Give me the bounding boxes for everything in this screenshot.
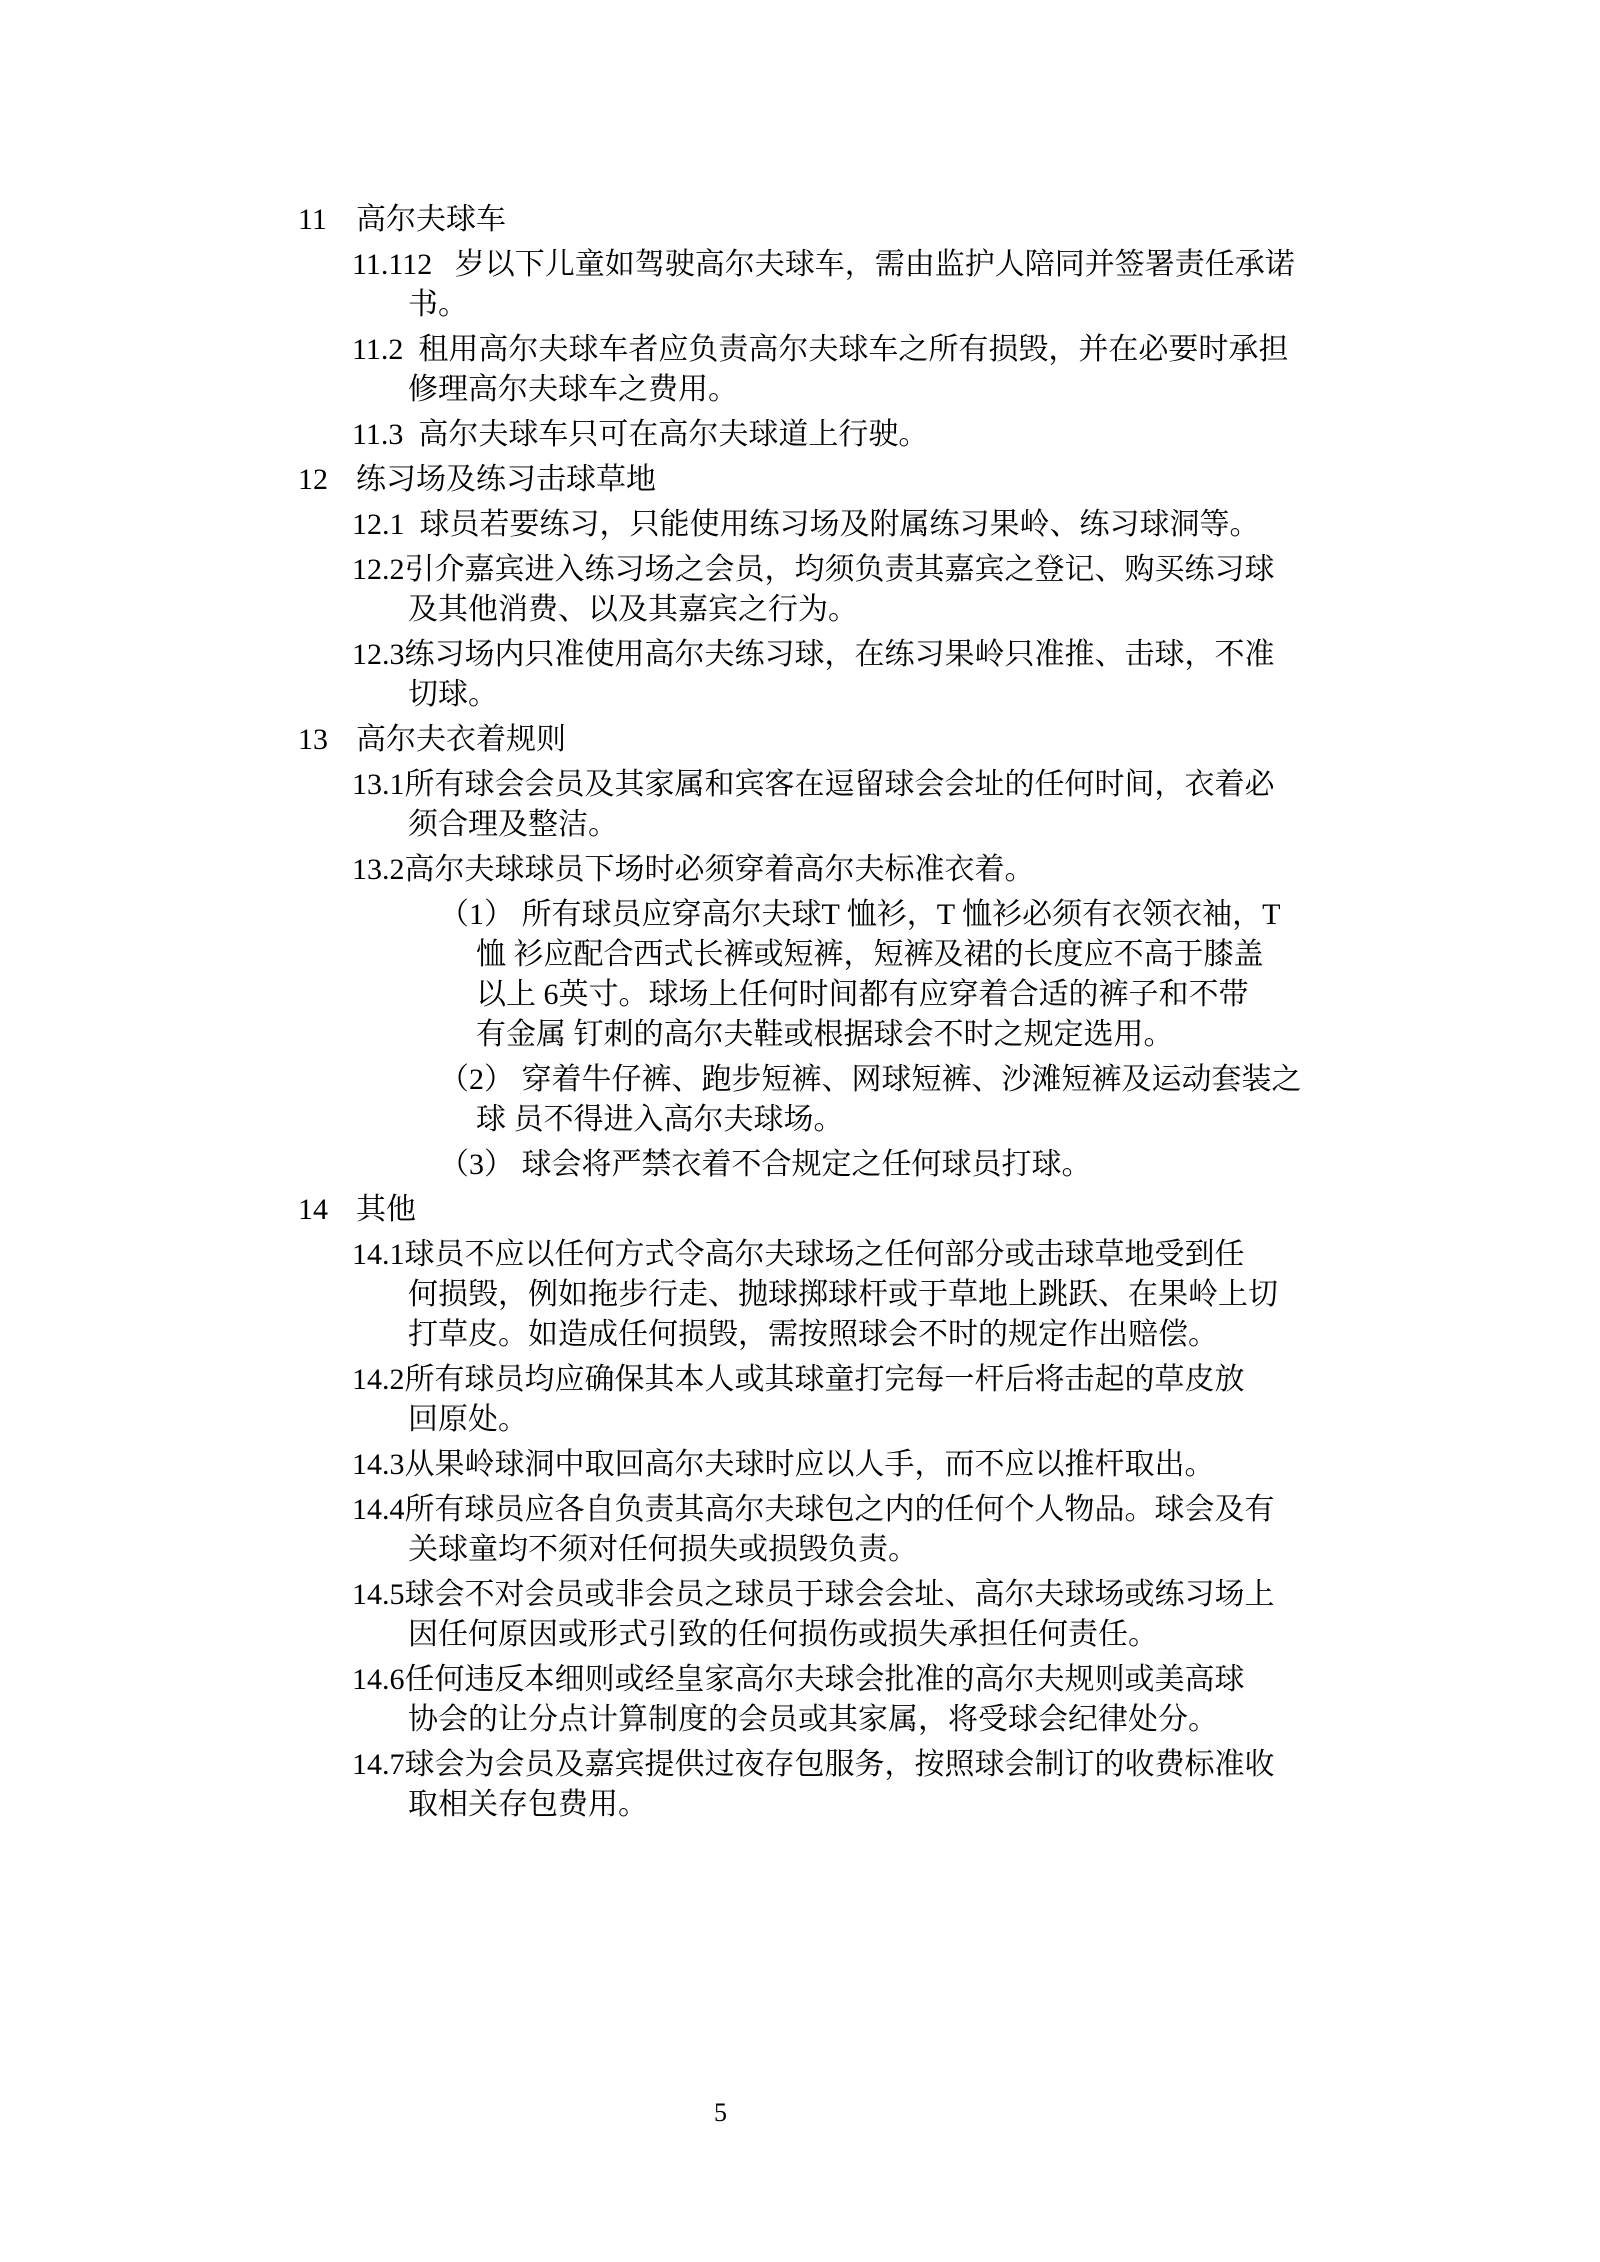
rule-number: 11.112: [352, 248, 432, 281]
rule-line: 14.2所有球员均应确保其本人或其球童打完每一杆后将击起的草皮放: [352, 1360, 1328, 1400]
rule-text: 租用高尔夫球车者应负责高尔夫球车之所有损毁，并在必要时承担: [418, 333, 1288, 366]
rule-item-11-112: 11.112 岁以下儿童如驾驶高尔夫球车，需由监护人陪同并签署责任承诺 书。: [352, 245, 1328, 325]
section-title: 高尔夫球车: [356, 203, 506, 236]
rule-item-14-5: 14.5球会不对会员或非会员之球员于球会会址、高尔夫球场或练习场上 因任何原因或…: [352, 1575, 1328, 1655]
rule-line: （3） 球会将严禁衣着不合规定之任何球员打球。: [439, 1145, 1328, 1185]
rule-text: 球会不对会员或非会员之球员于球会会址、高尔夫球场或练习场上: [405, 1578, 1275, 1611]
rule-item-13-2: 13.2高尔夫球球员下场时必须穿着高尔夫标准衣着。: [352, 850, 1328, 890]
section-title: 高尔夫衣着规则: [356, 723, 566, 756]
rule-line: 14.7球会为会员及嘉宾提供过夜存包服务，按照球会制订的收费标准收: [352, 1745, 1328, 1785]
rule-line: （2） 穿着牛仔裤、跑步短裤、网球短裤、沙滩短裤及运动套装之: [439, 1060, 1328, 1100]
section-title: 其他: [356, 1193, 416, 1226]
rule-number: 14.7: [352, 1748, 405, 1781]
rule-number: 14.2: [352, 1363, 405, 1396]
rule-text: 引介嘉宾进入练习场之会员，均须负责其嘉宾之登记、购买练习球: [405, 553, 1275, 586]
rule-line: 打草皮。如造成任何损毁，需按照球会不时的规定作出赔偿。: [352, 1315, 1328, 1355]
rule-line: 有金属 钉刺的高尔夫鞋或根据球会不时之规定选用。: [439, 1015, 1328, 1055]
rule-number: （3）: [439, 1148, 514, 1181]
rule-separator: [514, 1148, 522, 1181]
rule-line: 11.112 岁以下儿童如驾驶高尔夫球车，需由监护人陪同并签署责任承诺: [352, 245, 1328, 285]
rule-separator: [432, 248, 455, 281]
rule-text: 岁以下儿童如驾驶高尔夫球车，需由监护人陪同并签署责任承诺: [455, 248, 1295, 281]
rule-line: 须合理及整洁。: [352, 805, 1328, 845]
rule-line: （1） 所有球员应穿高尔夫球T 恤衫，T 恤衫必须有衣领衣袖，T: [439, 895, 1328, 935]
rule-number: 14.4: [352, 1493, 405, 1526]
rule-item-14-1: 14.1球员不应以任何方式令高尔夫球场之任何部分或击球草地受到任 何损毁，例如拖…: [352, 1235, 1328, 1355]
rule-line: 13.2高尔夫球球员下场时必须穿着高尔夫标准衣着。: [352, 850, 1328, 890]
rule-text: 球会为会员及嘉宾提供过夜存包服务，按照球会制订的收费标准收: [405, 1748, 1275, 1781]
document-page: 11高尔夫球车 11.112 岁以下儿童如驾驶高尔夫球车，需由监护人陪同并签署责…: [0, 0, 1600, 2262]
section-heading: 11高尔夫球车: [298, 200, 1328, 240]
rule-item-14-7: 14.7球会为会员及嘉宾提供过夜存包服务，按照球会制订的收费标准收 取相关存包费…: [352, 1745, 1328, 1825]
rule-line: 修理高尔夫球车之费用。: [352, 370, 1328, 410]
rule-number: （1）: [439, 898, 514, 931]
rule-line: 14.1球员不应以任何方式令高尔夫球场之任何部分或击球草地受到任: [352, 1235, 1328, 1275]
rule-line: 回原处。: [352, 1400, 1328, 1440]
rule-item-14-2: 14.2所有球员均应确保其本人或其球童打完每一杆后将击起的草皮放 回原处。: [352, 1360, 1328, 1440]
rule-line: 12.1 球员若要练习，只能使用练习场及附属练习果岭、练习球洞等。: [352, 505, 1328, 545]
rule-number: 12.1: [352, 508, 405, 541]
rule-item-14-6: 14.6任何违反本细则或经皇家高尔夫球会批准的高尔夫规则或美高球 协会的让分点计…: [352, 1660, 1328, 1740]
rule-text: 所有球员应各自负责其高尔夫球包之内的任何个人物品。球会及有: [405, 1493, 1275, 1526]
rule-number: 11.2: [352, 333, 403, 366]
rule-line: 14.5球会不对会员或非会员之球员于球会会址、高尔夫球场或练习场上: [352, 1575, 1328, 1615]
rule-line: 因任何原因或形式引致的任何损伤或损失承担任何责任。: [352, 1615, 1328, 1655]
section-11: 11高尔夫球车 11.112 岁以下儿童如驾驶高尔夫球车，需由监护人陪同并签署责…: [298, 200, 1328, 455]
rule-number: 14.3: [352, 1448, 405, 1481]
rule-separator: [514, 1063, 522, 1096]
page-number: 5: [714, 2098, 727, 2128]
rule-number: 13.2: [352, 853, 405, 886]
rule-separator: [514, 898, 522, 931]
rule-line: 11.3 高尔夫球车只可在高尔夫球道上行驶。: [352, 415, 1328, 455]
rule-text: 所有球员均应确保其本人或其球童打完每一杆后将击起的草皮放: [405, 1363, 1245, 1396]
rule-text: 高尔夫球车只可在高尔夫球道上行驶。: [418, 418, 928, 451]
rule-line: 14.4所有球员应各自负责其高尔夫球包之内的任何个人物品。球会及有: [352, 1490, 1328, 1530]
rule-item-14-3: 14.3从果岭球洞中取回高尔夫球时应以人手，而不应以推杆取出。: [352, 1445, 1328, 1485]
rule-line: 13.1所有球会会员及其家属和宾客在逗留球会会址的任何时间，衣着必: [352, 765, 1328, 805]
rule-subitem-3: （3） 球会将严禁衣着不合规定之任何球员打球。: [439, 1145, 1328, 1185]
rule-line: 14.6任何违反本细则或经皇家高尔夫球会批准的高尔夫规则或美高球: [352, 1660, 1328, 1700]
rule-item-12-3: 12.3练习场内只准使用高尔夫练习球，在练习果岭只准推、击球，不准 切球。: [352, 635, 1328, 715]
section-title: 练习场及练习击球草地: [356, 463, 656, 496]
rule-number: 14.6: [352, 1663, 405, 1696]
rule-item-11-3: 11.3 高尔夫球车只可在高尔夫球道上行驶。: [352, 415, 1328, 455]
rule-line: 14.3从果岭球洞中取回高尔夫球时应以人手，而不应以推杆取出。: [352, 1445, 1328, 1485]
rule-item-13-1: 13.1所有球会会员及其家属和宾客在逗留球会会址的任何时间，衣着必 须合理及整洁…: [352, 765, 1328, 845]
rule-text: 穿着牛仔裤、跑步短裤、网球短裤、沙滩短裤及运动套装之: [522, 1063, 1302, 1096]
rule-line: 12.3练习场内只准使用高尔夫练习球，在练习果岭只准推、击球，不准: [352, 635, 1328, 675]
rule-line: 恤 衫应配合西式长裤或短裤，短裤及裙的长度应不高于膝盖: [439, 935, 1328, 975]
rule-line: 关球童均不须对任何损失或损毁负责。: [352, 1530, 1328, 1570]
rule-number: 14.1: [352, 1238, 405, 1271]
rule-text: 球会将严禁衣着不合规定之任何球员打球。: [522, 1148, 1092, 1181]
rule-item-11-2: 11.2 租用高尔夫球车者应负责高尔夫球车之所有损毁，并在必要时承担 修理高尔夫…: [352, 330, 1328, 410]
section-number: 12: [298, 460, 356, 500]
rule-number: 11.3: [352, 418, 403, 451]
section-number: 14: [298, 1190, 356, 1230]
rule-text: 球员若要练习，只能使用练习场及附属练习果岭、练习球洞等。: [420, 508, 1260, 541]
section-heading: 13高尔夫衣着规则: [298, 720, 1328, 760]
rule-line: 书。: [352, 285, 1328, 325]
rule-separator: [403, 418, 418, 451]
section-12: 12练习场及练习击球草地 12.1 球员若要练习，只能使用练习场及附属练习果岭、…: [298, 460, 1328, 715]
rule-line: 11.2 租用高尔夫球车者应负责高尔夫球车之所有损毁，并在必要时承担: [352, 330, 1328, 370]
rule-line: 取相关存包费用。: [352, 1785, 1328, 1825]
section-heading: 12练习场及练习击球草地: [298, 460, 1328, 500]
section-13: 13高尔夫衣着规则 13.1所有球会会员及其家属和宾客在逗留球会会址的任何时间，…: [298, 720, 1328, 1185]
rule-text: 球员不应以任何方式令高尔夫球场之任何部分或击球草地受到任: [405, 1238, 1245, 1271]
rule-number: 14.5: [352, 1578, 405, 1611]
rule-line: 切球。: [352, 675, 1328, 715]
rule-separator: [405, 508, 420, 541]
section-heading: 14其他: [298, 1190, 1328, 1230]
rule-number: （2）: [439, 1063, 514, 1096]
rule-item-12-1: 12.1 球员若要练习，只能使用练习场及附属练习果岭、练习球洞等。: [352, 505, 1328, 545]
section-number: 11: [298, 200, 356, 240]
rule-line: 协会的让分点计算制度的会员或其家属，将受球会纪律处分。: [352, 1700, 1328, 1740]
rule-line: 球 员不得进入高尔夫球场。: [439, 1100, 1328, 1140]
rule-separator: [403, 333, 418, 366]
rule-text: 所有球会会员及其家属和宾客在逗留球会会址的任何时间，衣着必: [405, 768, 1275, 801]
rule-line: 及其他消费、以及其嘉宾之行为。: [352, 590, 1328, 630]
rule-subitem-1: （1） 所有球员应穿高尔夫球T 恤衫，T 恤衫必须有衣领衣袖，T 恤 衫应配合西…: [439, 895, 1328, 1055]
rule-number: 12.3: [352, 638, 405, 671]
rule-text: 练习场内只准使用高尔夫练习球，在练习果岭只准推、击球，不准: [405, 638, 1275, 671]
rule-subitem-2: （2） 穿着牛仔裤、跑步短裤、网球短裤、沙滩短裤及运动套装之 球 员不得进入高尔…: [439, 1060, 1328, 1140]
document-content: 11高尔夫球车 11.112 岁以下儿童如驾驶高尔夫球车，需由监护人陪同并签署责…: [298, 200, 1328, 1830]
section-number: 13: [298, 720, 356, 760]
rule-text: 高尔夫球球员下场时必须穿着高尔夫标准衣着。: [405, 853, 1035, 886]
rule-item-14-4: 14.4所有球员应各自负责其高尔夫球包之内的任何个人物品。球会及有 关球童均不须…: [352, 1490, 1328, 1570]
rule-number: 12.2: [352, 553, 405, 586]
rule-text: 所有球员应穿高尔夫球T 恤衫，T 恤衫必须有衣领衣袖，T: [522, 898, 1281, 931]
rule-line: 以上 6英寸。球场上任何时间都有应穿着合适的裤子和不带: [439, 975, 1328, 1015]
rule-line: 何损毁，例如拖步行走、抛球掷球杆或于草地上跳跃、在果岭上切: [352, 1275, 1328, 1315]
rule-text: 任何违反本细则或经皇家高尔夫球会批准的高尔夫规则或美高球: [405, 1663, 1245, 1696]
rule-item-12-2: 12.2引介嘉宾进入练习场之会员，均须负责其嘉宾之登记、购买练习球 及其他消费、…: [352, 550, 1328, 630]
rule-line: 12.2引介嘉宾进入练习场之会员，均须负责其嘉宾之登记、购买练习球: [352, 550, 1328, 590]
rule-number: 13.1: [352, 768, 405, 801]
section-14: 14其他 14.1球员不应以任何方式令高尔夫球场之任何部分或击球草地受到任 何损…: [298, 1190, 1328, 1825]
rule-text: 从果岭球洞中取回高尔夫球时应以人手，而不应以推杆取出。: [405, 1448, 1215, 1481]
